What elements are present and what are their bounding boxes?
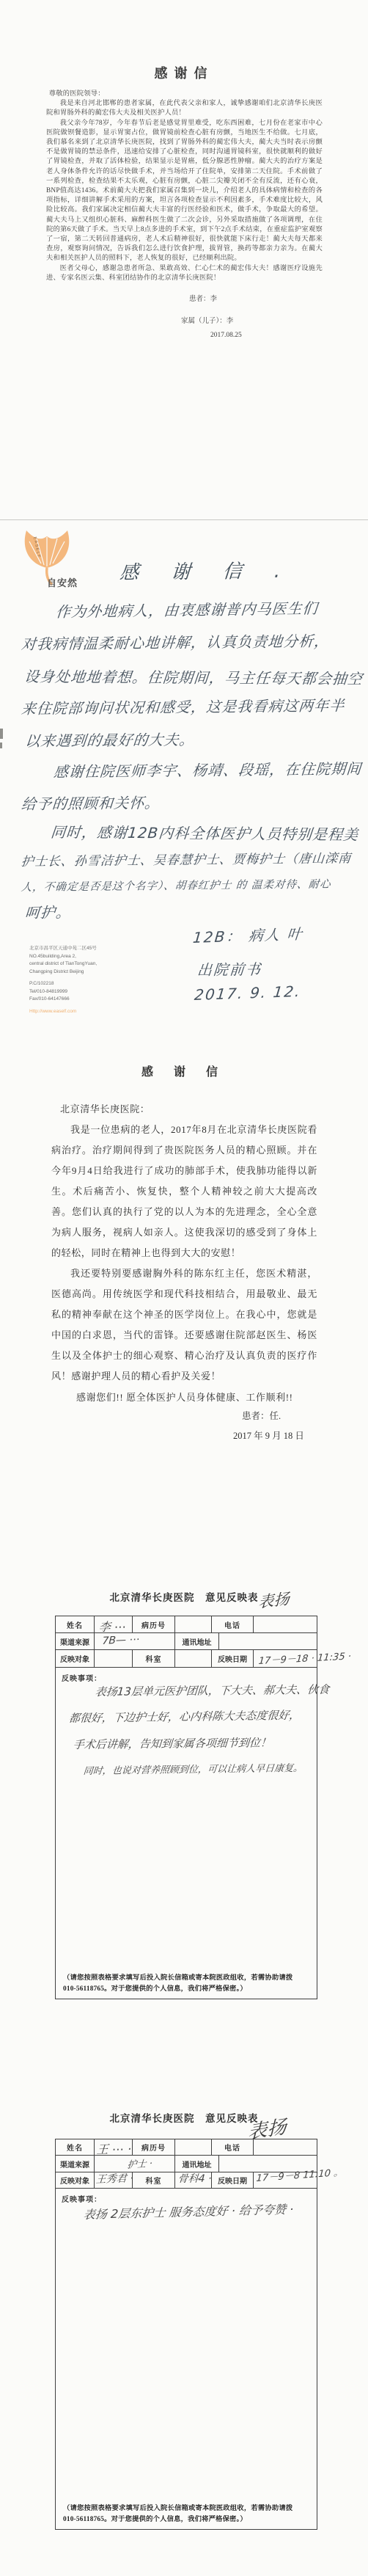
date-label: 反映日期 xyxy=(212,1650,254,1667)
target-label: 反映对象 xyxy=(56,1650,95,1667)
address-line: central district of TianTongYuan, xyxy=(29,960,97,968)
form1-title: 北京清华长庚医院 意见反映表 xyxy=(0,1589,368,1604)
letter2-line: 以来遇到的最好的大夫。 xyxy=(24,728,196,751)
letter1-body: 尊敬的医院领导： 我是来自河北邯郸的患者家属，在此代表父亲和家人，诚挚感谢咱们北… xyxy=(46,90,323,283)
form1-footnote: （请您按照表格要求填写后投入院长信箱或寄本院医政组收，若需协助请拨 010-56… xyxy=(63,1973,309,1994)
form1-channel-value: 7B— ⋯ xyxy=(102,1633,140,1647)
channel-label: 渠道来源 xyxy=(56,1633,95,1649)
content-label: 反映事项： xyxy=(62,2193,102,2204)
letter2-signature-date: 2017. 9. 12. xyxy=(194,982,302,1004)
form1-name-value: 李 ⋯ xyxy=(98,1618,127,1635)
target-value-cell xyxy=(95,1650,133,1667)
target-label: 反映对象 xyxy=(56,2172,95,2188)
form2-channel-note: 护士 · xyxy=(127,2156,152,2171)
brand-name: 自安然 xyxy=(47,575,78,589)
record-value-cell xyxy=(175,2139,212,2155)
channel-label: 渠道来源 xyxy=(56,2156,95,2172)
scan-edge-artifact xyxy=(0,729,3,739)
record-label: 病历号 xyxy=(133,1616,175,1632)
footnote-line: 010-56118765。对于您提供的个人信息，我们将严格保密。） xyxy=(63,2514,309,2525)
form2-target-value: 王秀君 · xyxy=(95,2170,133,2186)
address-label: 通讯地址 xyxy=(175,1633,219,1649)
letter2-line: 设身处地地着想。住院期间，马主任每天都会抽空 xyxy=(23,665,364,688)
form1-row-channel: 渠道来源 通讯地址 xyxy=(56,1633,317,1650)
address-line: Fax/010-64147666 xyxy=(29,996,97,1004)
letter3-salutation: 北京清华长庚医院： xyxy=(60,1101,150,1115)
letter1-title: 感谢信 xyxy=(0,63,368,82)
letter3-paragraph: 我还要特别要感谢胸外科的陈东红主任，您医术精湛，医德高尚。用传统医学和现代科技相… xyxy=(51,1263,317,1387)
letterhead-address-block: 北京市昌平区天通中苑二区45号 NO.45building,Area 2, ce… xyxy=(29,945,97,1015)
letter2-line: 人，不确定是否是这个名字）、胡春红护士 的 温柔对待、耐心 xyxy=(21,876,331,894)
form1-content-line: 手术后讲解，告知到家属各项细节到位！ xyxy=(73,1734,272,1752)
form2-name-value: 王 ⋯ · xyxy=(96,2140,132,2157)
form1-content-line: 都很好，下边护士好，心内科陈大夫态度很好， xyxy=(68,1707,301,1726)
letter2-line: 给予的照顾和关怀。 xyxy=(21,791,161,814)
letterhead-url: Http://www.eaself.com xyxy=(29,1008,97,1016)
address-line: 北京市昌平区天通中苑二区45号 xyxy=(29,945,97,953)
form2-title: 北京清华长庚医院 意见反映表 xyxy=(0,2110,368,2125)
phone-label: 电话 xyxy=(212,2139,254,2155)
letter3-title: 感 谢 信 xyxy=(0,1062,368,1079)
letter1-salutation: 尊敬的医院领导： xyxy=(46,90,323,99)
form2-row-name: 姓名 病历号 电话 xyxy=(56,2139,317,2156)
letter3-body: 我是一位患病的老人，2017年8月在北京清华长庚医院看病治疗。治疗期间得到了贵医… xyxy=(51,1120,317,1387)
dept-value-cell xyxy=(175,1650,212,1667)
letter2-signature-ward: 12B： 病人 叶 xyxy=(192,922,304,947)
letter3-signature-date: 2017 年 9 月 18 日 xyxy=(233,1429,304,1442)
record-value-cell xyxy=(175,1616,212,1632)
footnote-line: （请您按照表格要求填写后投入院长信箱或寄本院医政组收，若需协助请拨 xyxy=(63,2503,309,2514)
form2-content-line: 表扬 2层东护士 服务态度好 · 给予夸赞 · xyxy=(83,2200,294,2222)
name-label: 姓名 xyxy=(56,2139,95,2155)
form2-footnote: （请您按照表格要求填写后投入院长信箱或寄本院医政组收，若需协助请拨 010-56… xyxy=(63,2503,309,2525)
letter2-title: 感 谢 信 . xyxy=(119,556,295,585)
address-line: Changping District Beijing xyxy=(29,968,97,977)
letter1-paragraph: 我父亲今年78岁，今年春节后老是感觉胃里难受，吃东西困难，七月份在老家市中心医院… xyxy=(46,119,323,264)
letter1-paragraph: 医者父母心，感谢急患者所急、果敢高效、仁心仁术的蔺宏伟大夫！感谢医疗设施先进、专… xyxy=(46,264,323,283)
form1-row-name: 姓名 病历号 电话 xyxy=(56,1616,317,1633)
phone-value-cell xyxy=(254,2139,317,2155)
letter2-line: 呵护。 xyxy=(24,900,72,922)
scanned-letters-page: 感谢信 尊敬的医院领导： 我是来自河北邯郸的患者家属，在此代表父亲和家人，诚挚感… xyxy=(0,0,368,2576)
date-label: 反映日期 xyxy=(212,2172,254,2188)
address-line: NO.45building,Area 2, xyxy=(29,953,97,961)
scan-edge-artifact xyxy=(0,742,2,748)
letter2-line: 护士长、孙雪洁护士、吴春慧护士、贾梅护士（唐山滦南 xyxy=(21,847,352,869)
letter3-signature-patient: 患者：任. xyxy=(242,1409,281,1422)
form2-dept-value: 骨科4 · xyxy=(177,2171,212,2186)
name-label: 姓名 xyxy=(56,1616,95,1632)
footnote-line: （请您按照表格要求填写后投入院长信箱或寄本院医政组收，若需协助请拨 xyxy=(63,1973,309,1984)
address-label: 通讯地址 xyxy=(175,2156,219,2172)
address-value-cell xyxy=(219,1633,317,1649)
form1-content-line: 同时，也说对营养照顾到位，可以让病人早日康复。 xyxy=(83,1760,303,1777)
dept-label: 科室 xyxy=(133,1650,175,1667)
form1-content-line: 表扬13层单元医护团队，下大夫、郝大夫、伙食 xyxy=(95,1682,330,1699)
letter1-signature-patient: 患者：李 xyxy=(189,293,217,303)
letter2-line: 来住院部询问状况和感受，这是我看病这两年半 xyxy=(21,693,346,718)
letter2-signature-note: 出院前书 xyxy=(196,957,262,979)
form1-praise-annotation: 表扬 xyxy=(258,1587,290,1613)
letter2-line: 感谢住院医师李宇、杨靖、段瑶，在住院期间 xyxy=(53,757,363,781)
record-label: 病历号 xyxy=(133,2139,175,2155)
address-line: P.C/102218 xyxy=(29,980,97,988)
page-separator-line xyxy=(0,519,368,520)
phone-label: 电话 xyxy=(212,1616,254,1632)
letter3-paragraph: 我是一位患病的老人，2017年8月在北京清华长庚医院看病治疗。治疗期间得到了贵医… xyxy=(51,1120,317,1263)
dept-label: 科室 xyxy=(133,2172,175,2188)
phone-value-cell xyxy=(254,1616,317,1632)
footnote-line: 010-56118765。对于您提供的个人信息，我们将严格保密。） xyxy=(63,1984,309,1995)
form2-box: 姓名 病历号 电话 渠道来源 通讯地址 反映对象 科室 反映日期 xyxy=(55,2139,317,2530)
letter3-closing: 感谢您们!! 愿全体医护人员身体健康、工作顺利!! xyxy=(76,1390,293,1404)
content-label: 反映事项： xyxy=(62,1672,102,1683)
letter1-signature-family: 家属（儿子）：李 xyxy=(181,315,233,325)
letter1-paragraph: 我是来自河北邯郸的患者家属，在此代表父亲和家人，诚挚感谢咱们北京清华长庚医院和胃… xyxy=(46,99,323,118)
letter1-signature-date: 2017.08.25 xyxy=(210,332,242,339)
address-line: Tel/010-84819999 xyxy=(29,988,97,996)
form1-box: 姓名 病历号 电话 渠道来源 通讯地址 反映对象 科室 反映日期 xyxy=(55,1616,317,1999)
letter2-line: 同时，感谢12B内科全体医护人员特别是程美 xyxy=(50,820,360,844)
letter2-line: 对我病情温柔耐心地讲解，认真负责地分析， xyxy=(21,630,331,654)
letter2-line: 作为外地病人，由衷感谢普内马医生们 xyxy=(55,596,319,621)
